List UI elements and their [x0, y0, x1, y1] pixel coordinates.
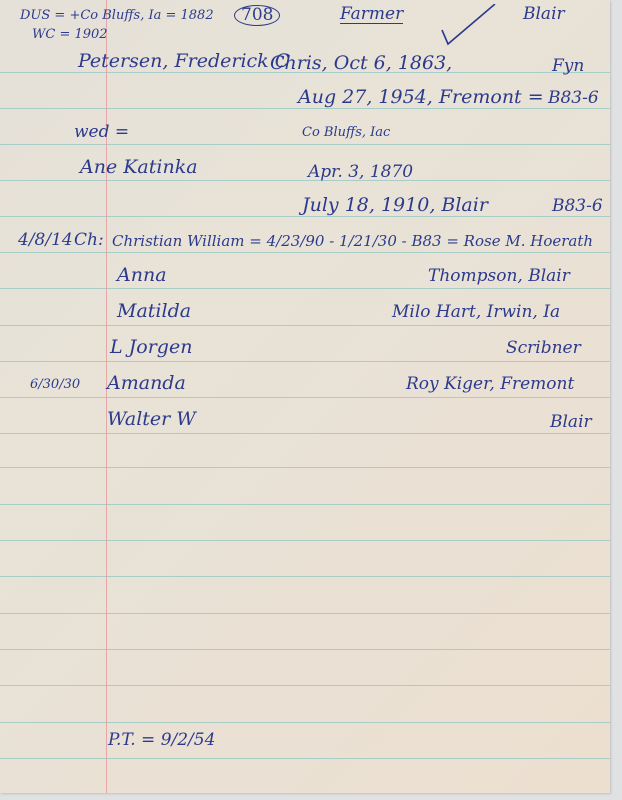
child-note: Scribner	[506, 340, 581, 357]
ruled-line	[0, 540, 610, 541]
wife-name: Ane Katinka	[80, 158, 198, 177]
marriage-place: Co Bluffs, Iac	[302, 126, 390, 139]
child-name: Matilda	[117, 302, 191, 321]
ruled-line	[0, 722, 610, 723]
ruled-line	[0, 504, 610, 505]
child-name: Amanda	[107, 374, 186, 393]
child-name: Anna	[117, 266, 167, 285]
ruled-line	[0, 758, 610, 759]
ruled-line	[0, 180, 610, 181]
husband-birth-note: Fyn	[552, 58, 584, 75]
occupation: Farmer	[340, 6, 403, 24]
ruled-line	[0, 108, 610, 109]
wed-label: wed =	[74, 124, 129, 141]
header-line1: DUS = +Co Bluffs, Ia = 1882	[20, 9, 214, 22]
ruled-line	[0, 397, 610, 398]
husband-birth: Chris, Oct 6, 1863,	[270, 54, 452, 73]
child-note: Blair	[550, 414, 592, 431]
header-line2: WC = 1902	[32, 28, 108, 41]
record-number: 708	[234, 5, 280, 26]
husband-burial-code: B83-6	[548, 90, 599, 107]
wife-death: July 18, 1910, Blair	[302, 196, 488, 215]
footer-note: P.T. = 9/2/54	[108, 732, 215, 749]
child-christian-william: Christian William = 4/23/90 - 1/21/30 - …	[112, 234, 593, 249]
wife-burial-code: B83-6	[552, 198, 603, 215]
children-label: Ch:	[74, 232, 104, 249]
child-note: Milo Hart, Irwin, Ia	[392, 304, 560, 321]
child-note: Roy Kiger, Fremont	[406, 376, 574, 393]
ruled-line	[0, 144, 610, 145]
ruled-line	[0, 252, 610, 253]
margin-line	[106, 0, 107, 793]
wife-birth: Apr. 3, 1870	[308, 164, 413, 181]
child-name: L Jorgen	[110, 338, 192, 357]
husband-death: Aug 27, 1954, Fremont =	[298, 88, 544, 107]
ruled-line	[0, 325, 610, 326]
ruled-line	[0, 467, 610, 468]
county: Blair	[523, 6, 565, 23]
husband-name: Petersen, Frederick C	[78, 52, 289, 71]
children-date: 4/8/14	[18, 232, 73, 249]
ruled-line	[0, 649, 610, 650]
checkmark-icon	[440, 4, 500, 46]
ruled-line	[0, 216, 610, 217]
ruled-paper-page: DUS = +Co Bluffs, Ia = 1882 708 Farmer B…	[0, 0, 610, 793]
ruled-line	[0, 685, 610, 686]
child-date: 6/30/30	[30, 378, 80, 391]
ruled-line	[0, 288, 610, 289]
ruled-line	[0, 433, 610, 434]
ruled-line	[0, 576, 610, 577]
child-name: Walter W	[107, 410, 196, 429]
child-note: Thompson, Blair	[428, 268, 570, 285]
ruled-line	[0, 613, 610, 614]
ruled-line	[0, 361, 610, 362]
